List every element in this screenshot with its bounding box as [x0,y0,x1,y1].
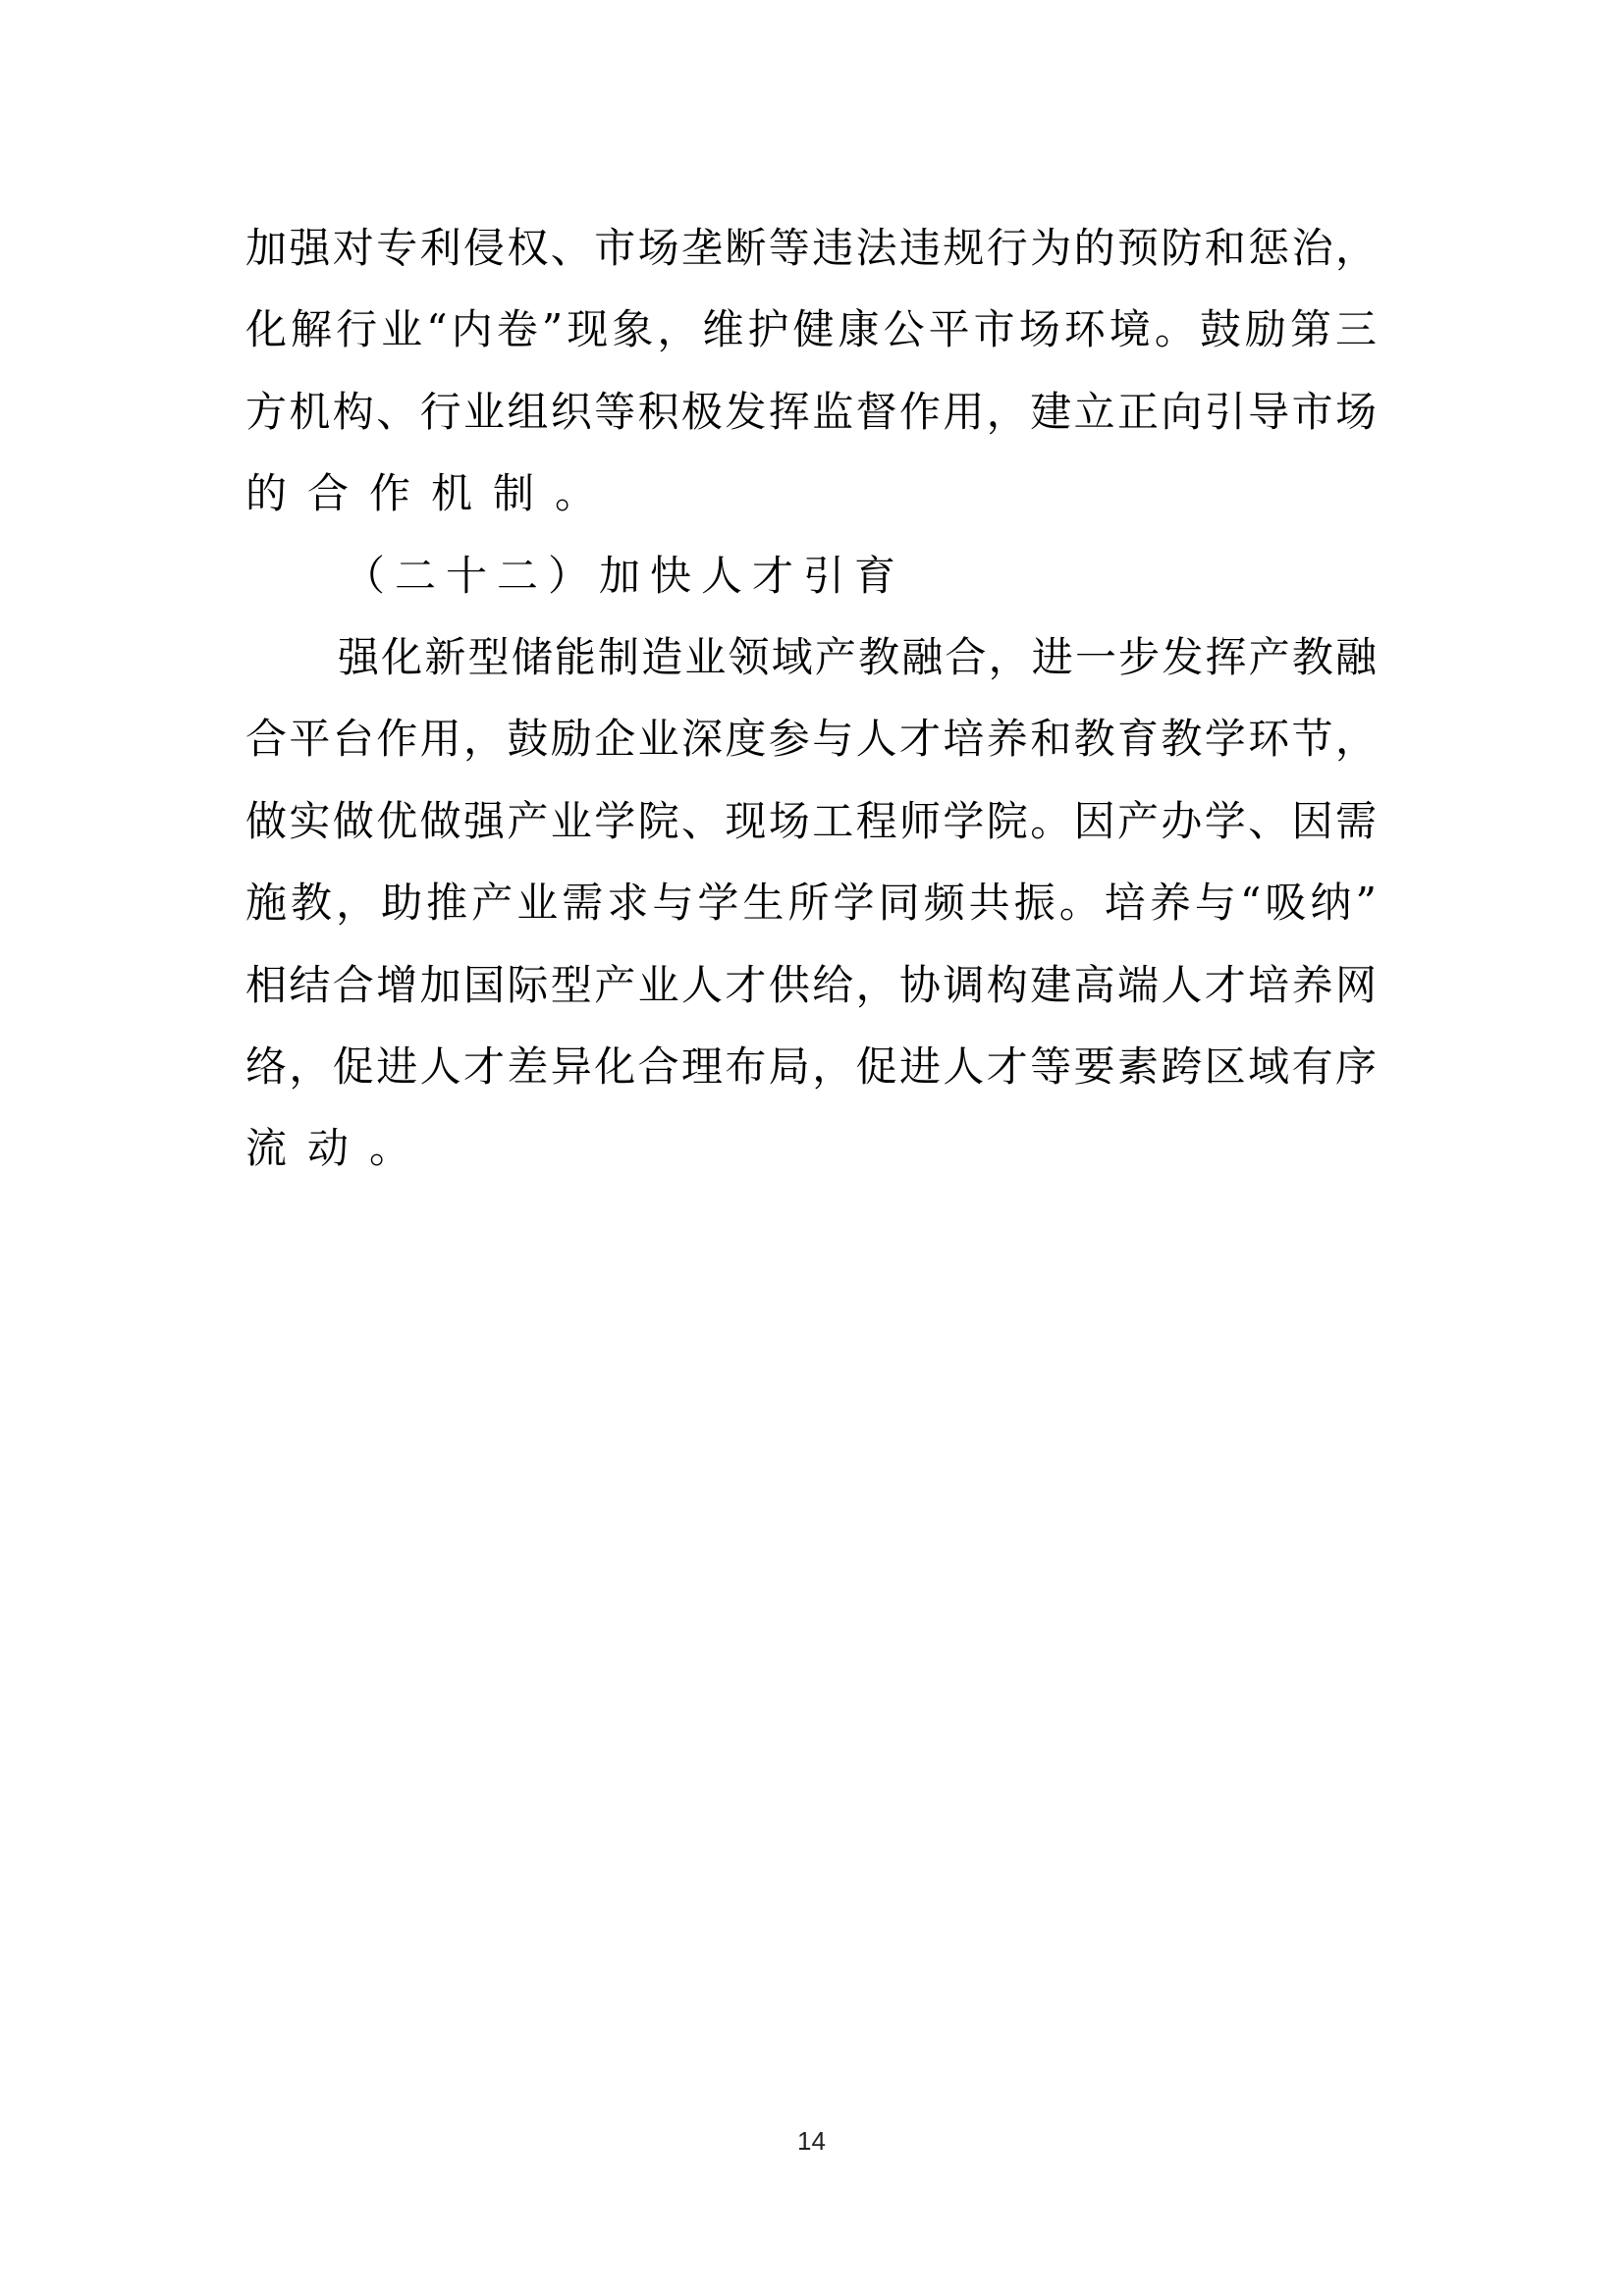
paragraph-line: 络，促进人才差异化合理布局，促进人才等要素跨区域有序 [245,1037,1377,1118]
document-body: 加强对专利侵权、市场垄断等违法违规行为的预防和惩治， 化解行业“内卷”现象，维护… [245,218,1377,1201]
section-heading: （二十二）加快人才引育 [245,546,1377,627]
page-number: 14 [0,2126,1623,2157]
paragraph-line: 的合作机制。 [245,463,1377,545]
paragraph-line: 施教，助推产业需求与学生所学同频共振。培养与“吸纳” [245,873,1377,954]
document-page: 加强对专利侵权、市场垄断等违法违规行为的预防和惩治， 化解行业“内卷”现象，维护… [0,0,1623,2296]
paragraph-line: 相结合增加国际型产业人才供给，协调构建高端人才培养网 [245,955,1377,1037]
paragraph-line: 加强对专利侵权、市场垄断等违法违规行为的预防和惩治， [245,218,1377,299]
paragraph-line: 方机构、行业组织等积极发挥监督作用，建立正向引导市场 [245,382,1377,463]
paragraph-line: 强化新型储能制造业领域产教融合，进一步发挥产教融 [245,627,1377,709]
paragraph-line: 流动。 [245,1118,1377,1200]
paragraph-line: 化解行业“内卷”现象，维护健康公平市场环境。鼓励第三 [245,299,1377,381]
paragraph-line: 合平台作用，鼓励企业深度参与人才培养和教育教学环节， [245,709,1377,790]
paragraph-line: 做实做优做强产业学院、现场工程师学院。因产办学、因需 [245,791,1377,873]
